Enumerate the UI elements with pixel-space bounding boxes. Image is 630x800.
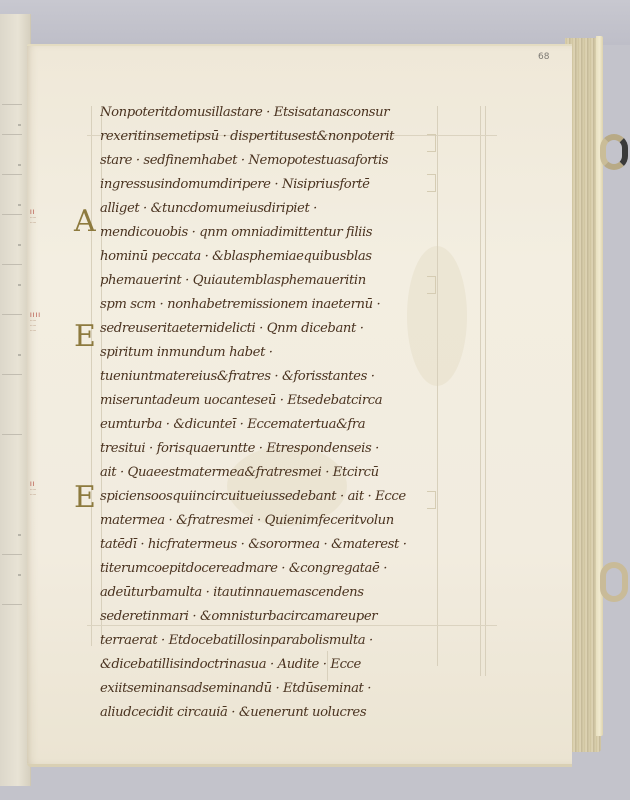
clasp-strap-top	[600, 134, 628, 170]
ghost-text-line	[2, 554, 22, 555]
background	[0, 0, 630, 45]
text-line: spiritum inmundum habet ·	[100, 341, 435, 365]
text-line: terraerat · Etdocebatillosinparabolismul…	[100, 629, 435, 653]
ink-mark	[18, 534, 21, 536]
ghost-text-line	[2, 134, 22, 135]
clasp-strap-bottom	[600, 562, 628, 602]
ink-mark	[18, 164, 21, 166]
ink-mark	[18, 284, 21, 286]
text-line: sedreuseritaeternidelicti · Qnm dicebant…	[100, 317, 435, 341]
text-line: tresitui · forisquaeruntte · Etresponden…	[100, 437, 435, 461]
text-line: ait · Quaeestmatermea&fratresmei · Etcir…	[100, 461, 435, 485]
text-line: alliget · &tuncdomumeiusdiripiet ·	[100, 197, 435, 221]
ghost-text-line	[2, 374, 22, 375]
ink-mark	[18, 244, 21, 246]
decorated-initial: E	[74, 483, 96, 513]
ghost-text-line	[2, 174, 22, 175]
marginal-note: IIII ···············	[30, 313, 60, 333]
ghost-text-line	[2, 434, 22, 435]
ruling-line	[485, 106, 486, 676]
text-line: phemauerint · Quiautemblasphemaueritin	[100, 269, 435, 293]
ghost-text-line	[2, 104, 22, 105]
text-line: spm scm · nonhabetremissionem inaeternū …	[100, 293, 435, 317]
decorated-initial: A	[74, 207, 96, 237]
ink-mark	[18, 204, 21, 206]
text-line: sederetinmari · &omnisturbacircamareuper	[100, 605, 435, 629]
text-line: exiitseminansadseminandū · Etdūseminat ·	[100, 677, 435, 701]
ink-mark	[18, 124, 21, 126]
marginal-note: II ··········	[30, 482, 60, 497]
ruling-line	[91, 106, 92, 646]
ghost-text-line	[2, 214, 22, 215]
text-line: stare · sedfinemhabet · Nemopotestuasafo…	[100, 149, 435, 173]
text-line: Nonpoteritdomusillastare · Etsisatanasco…	[100, 101, 435, 125]
ink-mark	[18, 354, 21, 356]
ghost-text-line	[2, 314, 22, 315]
ruling-line	[480, 106, 481, 676]
page-number: 68	[538, 52, 549, 62]
ruling-line	[437, 106, 438, 666]
text-line: rexeritinsemetipsū · dispertitusest&nonp…	[100, 125, 435, 149]
decorated-initial: E	[74, 322, 96, 352]
ink-mark	[18, 574, 21, 576]
text-line: aliudcecidit circauiā · &uenerunt uolucr…	[100, 701, 435, 725]
text-line: &dicebatillisindoctrinasua · Audite · Ec…	[100, 653, 435, 677]
text-line: matermea · &fratresmei · Quienimfeceritv…	[100, 509, 435, 533]
text-column: Nonpoteritdomusillastare · Etsisatanasco…	[100, 101, 435, 725]
text-line: spiciensoosquiincircuitueiussedebant · a…	[100, 485, 435, 509]
text-line: tatēdī · hicfratermeus · &sorormea · &ma…	[100, 533, 435, 557]
text-line: miseruntadeum uocanteseū · Etsedebatcirc…	[100, 389, 435, 413]
ghost-text-line	[2, 604, 22, 605]
ghost-text-line	[2, 264, 22, 265]
text-line: titerumcoepitdocereadmare · &congregataē…	[100, 557, 435, 581]
text-line: ingressusindomumdiripere · Nisipriusfort…	[100, 173, 435, 197]
text-line: mendicouobis · qnm omniadimittentur fili…	[100, 221, 435, 245]
text-line: hominū peccata · &blasphemiaequibusblas	[100, 245, 435, 269]
text-line: eumturba · &dicunteī · Eccematertua&fra	[100, 413, 435, 437]
text-line: adeūturbamulta · itautinnauemascendens	[100, 581, 435, 605]
text-line: tueniuntmatereius&fratres · &forisstante…	[100, 365, 435, 389]
marginal-note: II ··········	[30, 210, 60, 225]
